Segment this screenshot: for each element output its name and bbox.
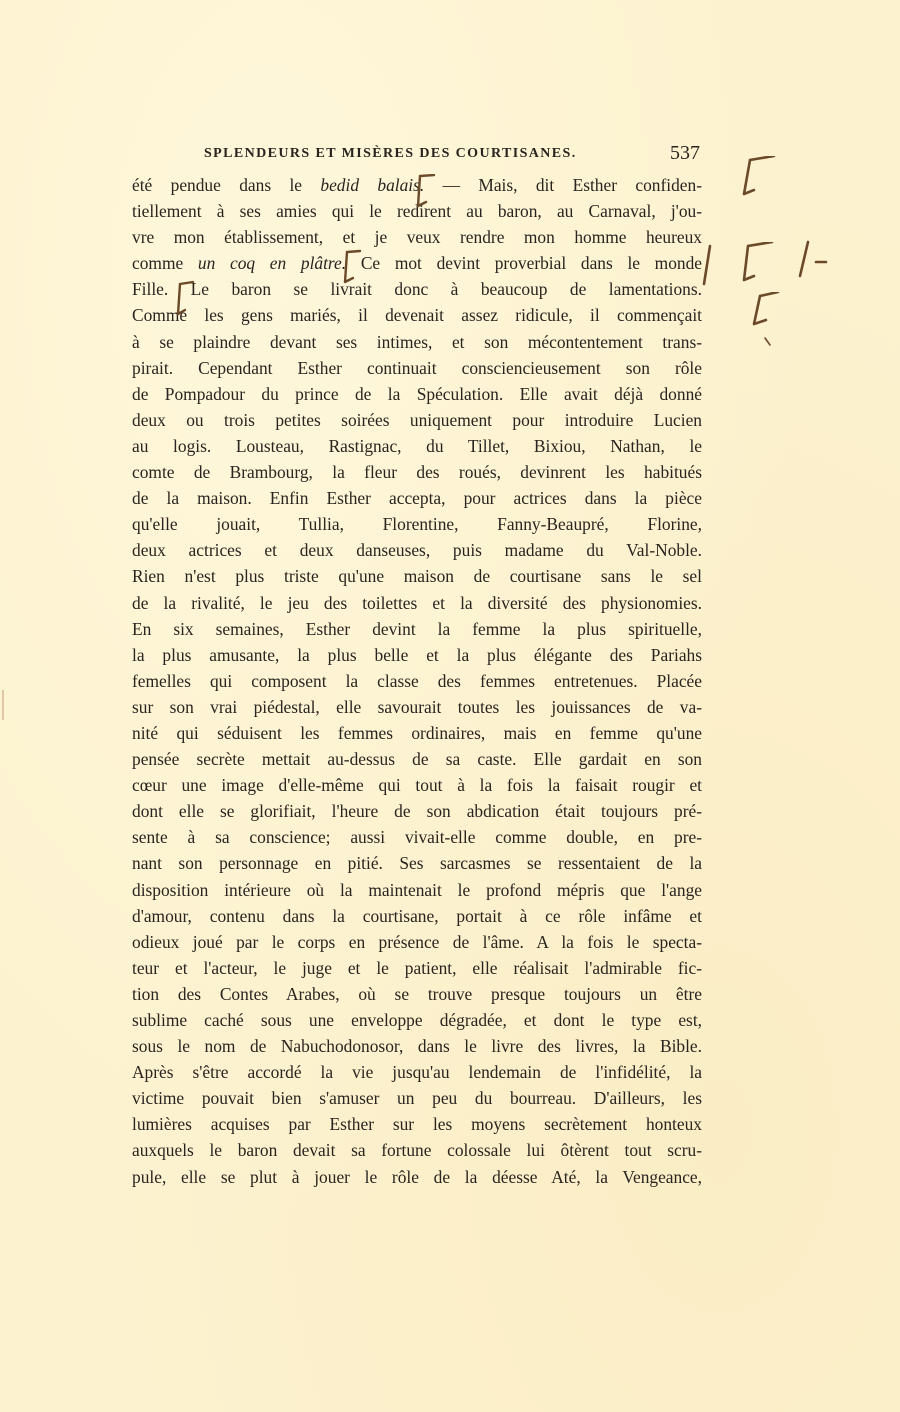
text-line: pule, elle se plut à jouer le rôle de la… (132, 1164, 702, 1190)
line-text: Ce mot devint proverbial dans le monde (346, 253, 702, 273)
text-line: tion des Contes Arabes, où se trouve pre… (132, 981, 702, 1007)
text-line: auxquels le baron devait sa fortune colo… (132, 1137, 702, 1163)
line-text: En six semaines, Esther devint la femme … (132, 619, 702, 639)
line-text: nité qui séduisent les femmes ordinaires… (132, 723, 702, 743)
line-text: Rien n'est plus triste qu'une maison de … (132, 566, 702, 586)
text-line: de la rivalité, le jeu des toilettes et … (132, 590, 702, 616)
line-text: auxquels le baron devait sa fortune colo… (132, 1140, 702, 1160)
text-line: Rien n'est plus triste qu'une maison de … (132, 563, 702, 589)
line-text: été pendue dans le (132, 175, 320, 195)
text-line: de Pompadour du prince de la Spéculation… (132, 381, 702, 407)
text-line: deux actrices et deux danseuses, puis ma… (132, 537, 702, 563)
line-text: pule, elle se plut à jouer le rôle de la… (132, 1167, 702, 1187)
text-line: sente à sa conscience; aussi vivait-elle… (132, 824, 702, 850)
text-line: dont elle se glorifiait, l'heure de son … (132, 798, 702, 824)
line-text: teur et l'acteur, le juge et le patient,… (132, 958, 702, 978)
running-title: SPLENDEURS ET MISÈRES DES COURTISANES. (204, 146, 577, 162)
line-text: odieux joué par le corps en présence de … (132, 932, 702, 952)
line-text: sublime caché sous une enveloppe dégradé… (132, 1010, 702, 1030)
document-page: SPLENDEURS ET MISÈRES DES COURTISANES. 5… (0, 0, 900, 1412)
line-text: disposition intérieure où la maintenait … (132, 880, 702, 900)
page-edge-mark (2, 690, 4, 720)
text-line: Fille. Le baron se livrait donc à beauco… (132, 276, 702, 302)
text-line: de la maison. Enfin Esther accepta, pour… (132, 485, 702, 511)
margin-mark-delete-icon (796, 240, 830, 280)
line-text: au logis. Lousteau, Rastignac, du Tillet… (132, 436, 702, 456)
line-text: de la maison. Enfin Esther accepta, pour… (132, 488, 702, 508)
margin-mark-bracket-icon (750, 292, 782, 328)
text-line: pensée secrète mettait au-dessus de sa c… (132, 746, 702, 772)
proof-mark-bracket-icon (414, 174, 436, 208)
italic-text: un coq en plâtre. (198, 253, 346, 273)
line-text: deux ou trois petites soirées uniquement… (132, 410, 702, 430)
text-line: cœur une image d'elle-même qui tout à la… (132, 772, 702, 798)
text-line: odieux joué par le corps en présence de … (132, 929, 702, 955)
text-line: pirait. Cependant Esther continuait cons… (132, 355, 702, 381)
proof-mark-slash-icon (700, 244, 714, 288)
margin-mark-bracket-icon (740, 242, 776, 284)
text-line: comme un coq en plâtre. Ce mot devint pr… (132, 250, 702, 276)
text-line: sublime caché sous une enveloppe dégradé… (132, 1007, 702, 1033)
text-line: teur et l'acteur, le juge et le patient,… (132, 955, 702, 981)
text-line: victime pouvait bien s'amuser un peu du … (132, 1085, 702, 1111)
line-text: qu'elle jouait, Tullia, Florentine, Fann… (132, 514, 702, 534)
text-line: Comme les gens mariés, il devenait assez… (132, 302, 702, 328)
italic-text: bedid balais. (320, 175, 424, 195)
line-text: comte de Brambourg, la fleur des roués, … (132, 462, 702, 482)
text-line: disposition intérieure où la maintenait … (132, 877, 702, 903)
text-line: vre mon établissement, et je veux rendre… (132, 224, 702, 250)
text-line: au logis. Lousteau, Rastignac, du Tillet… (132, 433, 702, 459)
line-text: nant son personnage en pitié. Ses sarcas… (132, 853, 702, 873)
line-text: sous le nom de Nabuchodonosor, dans le l… (132, 1036, 702, 1056)
line-text: de Pompadour du prince de la Spéculation… (132, 384, 702, 404)
proof-mark-bracket-icon (341, 248, 363, 284)
text-line: d'amour, contenu dans la courtisane, por… (132, 903, 702, 929)
line-text: deux actrices et deux danseuses, puis ma… (132, 540, 702, 560)
text-line: sur son vrai piédestal, elle savourait t… (132, 694, 702, 720)
line-text: Fille. Le baron se livrait donc à beauco… (132, 279, 702, 299)
line-text: de la rivalité, le jeu des toilettes et … (132, 593, 702, 613)
line-text: cœur une image d'elle-même qui tout à la… (132, 775, 702, 795)
text-line: lumières acquises par Esther sur les moy… (132, 1111, 702, 1137)
text-line: qu'elle jouait, Tullia, Florentine, Fann… (132, 511, 702, 537)
line-text: à se plaindre devant ses intimes, et son… (132, 332, 702, 352)
line-text: vre mon établissement, et je veux rendre… (132, 227, 702, 247)
line-text: d'amour, contenu dans la courtisane, por… (132, 906, 702, 926)
text-line: à se plaindre devant ses intimes, et son… (132, 329, 702, 355)
line-text: Comme les gens mariés, il devenait assez… (132, 305, 702, 325)
line-text: victime pouvait bien s'amuser un peu du … (132, 1088, 702, 1108)
text-line: la plus amusante, la plus belle et la pl… (132, 642, 702, 668)
running-head: SPLENDEURS ET MISÈRES DES COURTISANES. 5… (132, 142, 702, 166)
line-text: tion des Contes Arabes, où se trouve pre… (132, 984, 702, 1004)
text-line: En six semaines, Esther devint la femme … (132, 616, 702, 642)
text-line: Après s'être accordé la vie jusqu'au len… (132, 1059, 702, 1085)
line-text: sente à sa conscience; aussi vivait-elle… (132, 827, 702, 847)
text-line: nité qui séduisent les femmes ordinaires… (132, 720, 702, 746)
line-text: — Mais, dit Esther confiden- (424, 175, 702, 195)
line-text: sur son vrai piédestal, elle savourait t… (132, 697, 702, 717)
margin-mark-bracket-icon (740, 156, 776, 198)
line-text: la plus amusante, la plus belle et la pl… (132, 645, 702, 665)
line-text: comme (132, 253, 198, 273)
text-line: sous le nom de Nabuchodonosor, dans le l… (132, 1033, 702, 1059)
margin-mark-tick-icon (763, 336, 773, 348)
text-line: deux ou trois petites soirées uniquement… (132, 407, 702, 433)
line-text: femelles qui composent la classe des fem… (132, 671, 702, 691)
line-text: pirait. Cependant Esther continuait cons… (132, 358, 702, 378)
text-line: femelles qui composent la classe des fem… (132, 668, 702, 694)
line-text: dont elle se glorifiait, l'heure de son … (132, 801, 702, 821)
page-number: 537 (670, 142, 700, 165)
proof-mark-bracket-icon (175, 280, 195, 316)
body-text: été pendue dans le bedid balais. — Mais,… (132, 172, 702, 1190)
line-text: lumières acquises par Esther sur les moy… (132, 1114, 702, 1134)
line-text: pensée secrète mettait au-dessus de sa c… (132, 749, 702, 769)
text-line: nant son personnage en pitié. Ses sarcas… (132, 850, 702, 876)
text-line: comte de Brambourg, la fleur des roués, … (132, 459, 702, 485)
line-text: Après s'être accordé la vie jusqu'au len… (132, 1062, 702, 1082)
